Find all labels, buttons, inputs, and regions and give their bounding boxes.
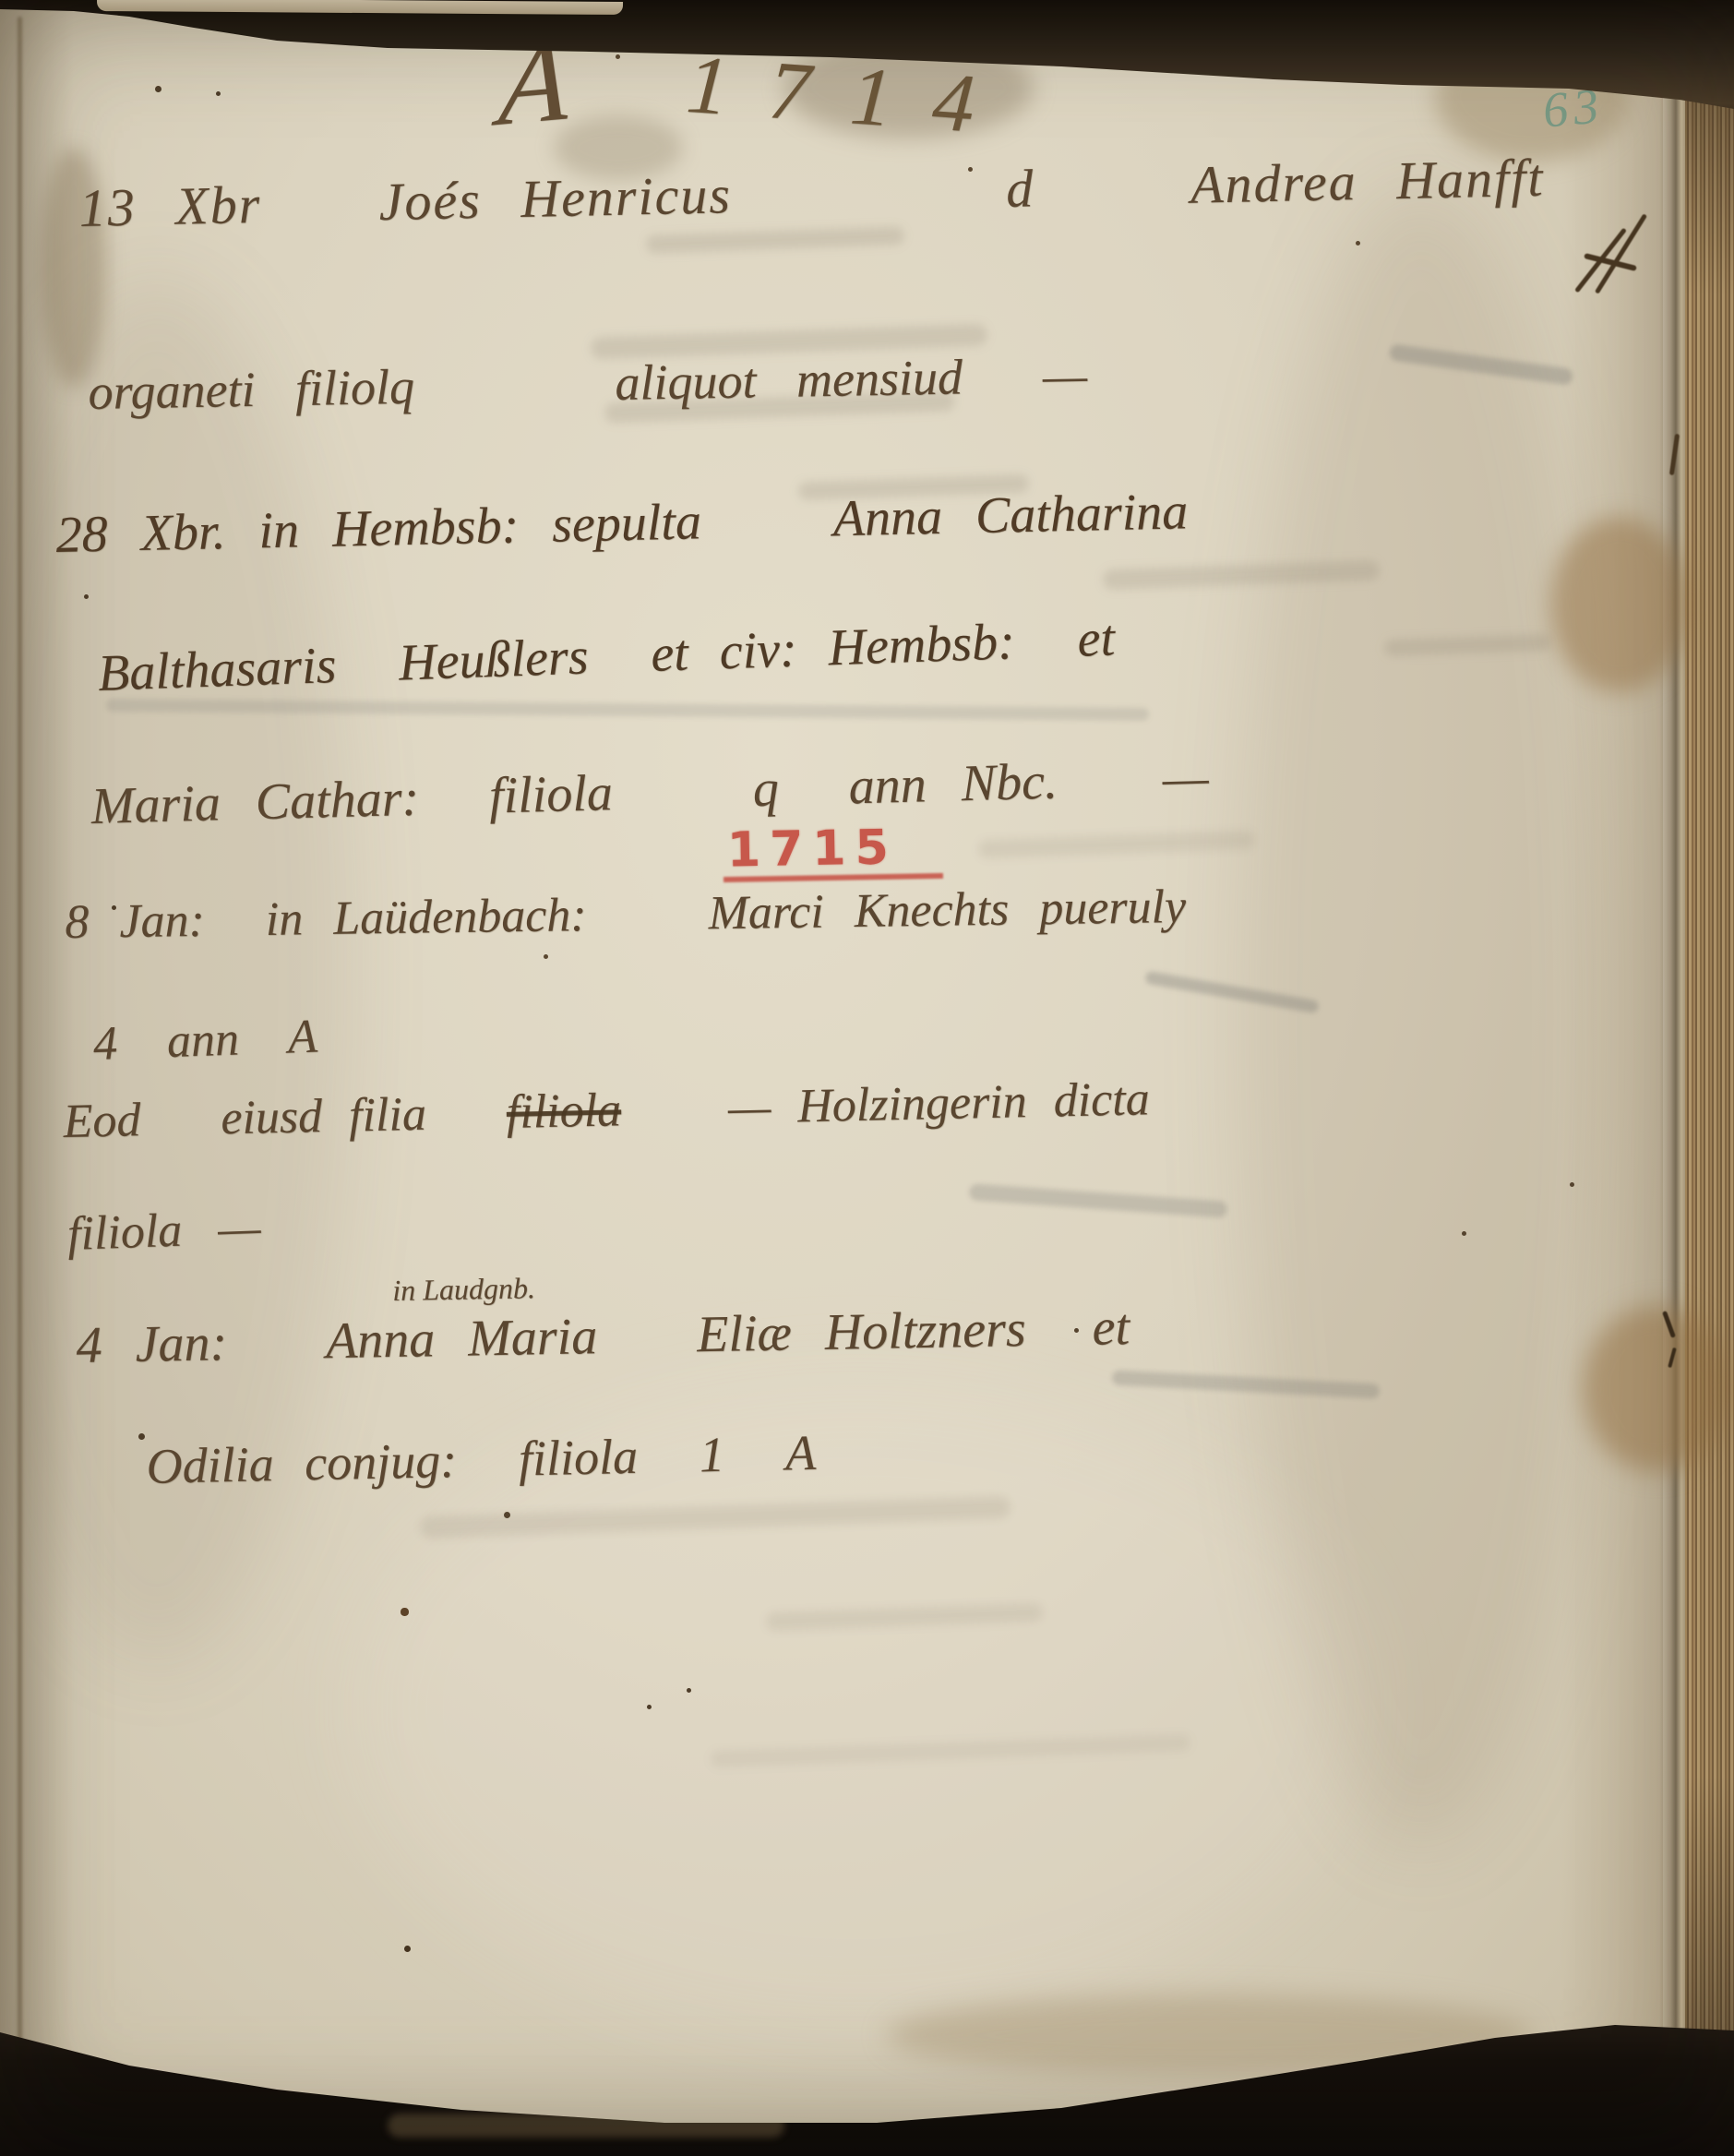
ink-scribble-mark (1580, 208, 1681, 314)
page-curl-shadow (1560, 37, 1663, 2104)
paper-page (0, 7, 1705, 2130)
entry-line: filiola — (66, 1201, 261, 1262)
entry-text: Eod eiusd filia (63, 1086, 507, 1148)
binding-crease-line (18, 17, 22, 2075)
manuscript-scan: A 1714 13 Xbr Joés Henricus d Andrea Han… (0, 0, 1734, 2156)
interlinear-insertion: in Laudgnb. (392, 1271, 535, 1308)
year-stamp-1715: 1715 (726, 820, 898, 878)
entry-text: — Holzingerin dicta (620, 1072, 1150, 1136)
binding-gutter-shadow (0, 7, 74, 2121)
entry-line: 4 ann A (92, 1010, 318, 1072)
book-fore-edge-pages (1685, 42, 1734, 2156)
page-fold-crease (1659, 28, 1687, 2114)
struck-out-word: filiola (506, 1084, 621, 1139)
